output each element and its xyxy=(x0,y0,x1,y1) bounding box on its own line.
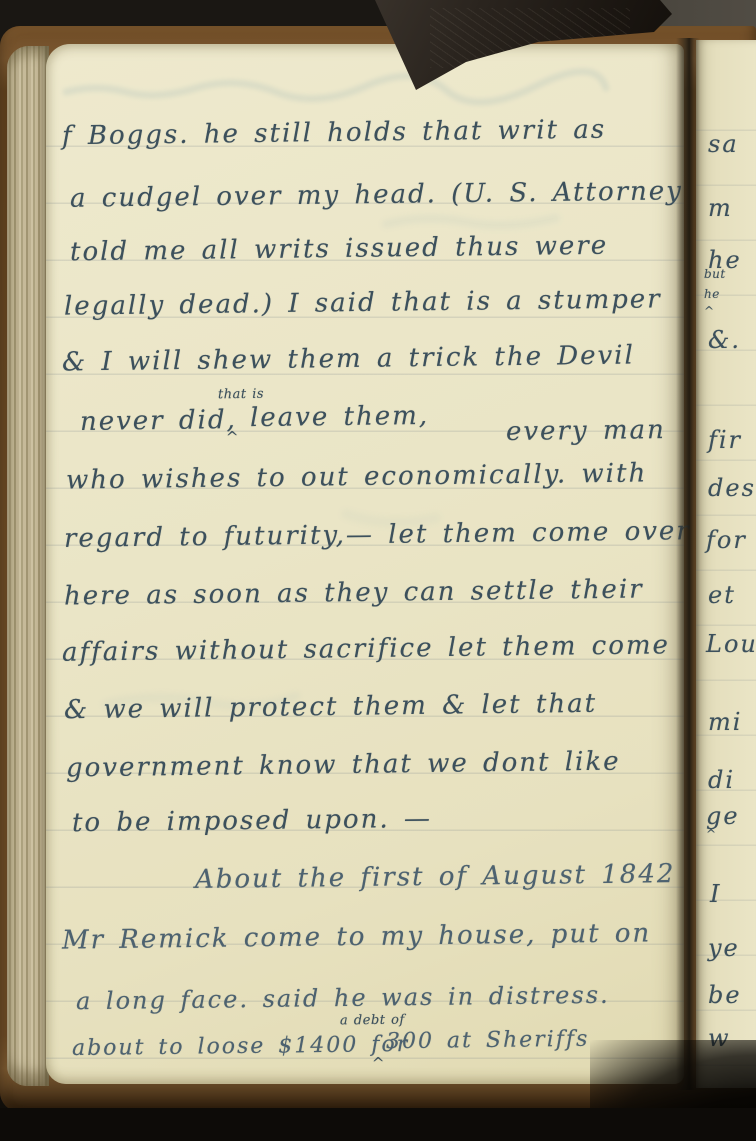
journal-line: a cudgel over my head. (U. S. Attorney xyxy=(70,178,683,211)
facing-page-fragment: w xyxy=(708,1026,731,1050)
facing-page-fragment: ge xyxy=(706,804,740,828)
journal-line: About the first of August 1842 xyxy=(195,861,676,893)
journal-line: about to loose $1400 for xyxy=(72,1034,409,1060)
facing-page-fragment: ye xyxy=(708,936,740,960)
journal-line: f Boggs. he still holds that writ as xyxy=(62,117,606,150)
caret-mark: ^ xyxy=(372,1056,387,1071)
facing-page-fragment: for xyxy=(706,528,747,552)
caret-mark: ^ xyxy=(226,430,241,445)
journal-line: who wishes to out economically. with xyxy=(66,460,648,493)
journal-line: & I will shew them a trick the Devil xyxy=(62,343,635,376)
page-stack-edge xyxy=(7,46,49,1086)
facing-page-fragment: m xyxy=(708,196,733,220)
facing-page-fragment: he xyxy=(704,288,720,300)
journal-line: & we will protect them & let that xyxy=(64,691,597,724)
journal-line: never did, xyxy=(80,407,237,435)
facing-page-fragment: &. xyxy=(708,328,741,352)
journal-photo: f Boggs. he still holds that writ as a c… xyxy=(0,0,756,1141)
facing-page-fragment: et xyxy=(708,583,736,607)
facing-page-fragment: Lou xyxy=(706,632,756,656)
journal-line: to be imposed upon. — xyxy=(72,806,432,836)
journal-line: leave them, xyxy=(250,403,429,431)
interlinear-insertion: that is xyxy=(218,388,264,402)
facing-page-fragment: but xyxy=(704,268,726,280)
bottom-shadow xyxy=(0,1108,756,1141)
journal-line: Mr Remick come to my house, put on xyxy=(62,920,652,953)
journal-line: legally dead.) I said that is a stumper xyxy=(64,286,662,319)
facing-page-fragment: des xyxy=(708,476,756,500)
facing-page-fragment: sa xyxy=(708,132,739,156)
facing-page-fragment: I xyxy=(710,882,721,906)
journal-line: a long face. said he was in distress. xyxy=(76,983,610,1014)
journal-line: told me all writs issued thus were xyxy=(70,233,608,266)
journal-line: affairs without sacrifice let them come xyxy=(62,632,670,665)
caret-mark: ^ xyxy=(704,305,715,317)
right-page: sa m he but he ^ &. fir des for et Lou m… xyxy=(696,40,756,1088)
journal-line: here as soon as they can settle their xyxy=(64,576,644,609)
facing-page-fragment: di xyxy=(708,768,735,792)
interlinear-insertion: a debt of xyxy=(340,1014,405,1028)
journal-line: 300 at Sheriffs xyxy=(386,1029,590,1053)
journal-line: every man xyxy=(506,417,666,445)
facing-page-fragment: be xyxy=(708,983,742,1007)
caret-mark: ^ xyxy=(706,828,717,840)
journal-line: regard to futurity,— let them come over xyxy=(64,518,691,552)
journal-line: government know that we dont like xyxy=(66,749,621,782)
facing-page-fragment: mi xyxy=(708,710,742,734)
facing-page-fragment: fir xyxy=(708,428,742,452)
